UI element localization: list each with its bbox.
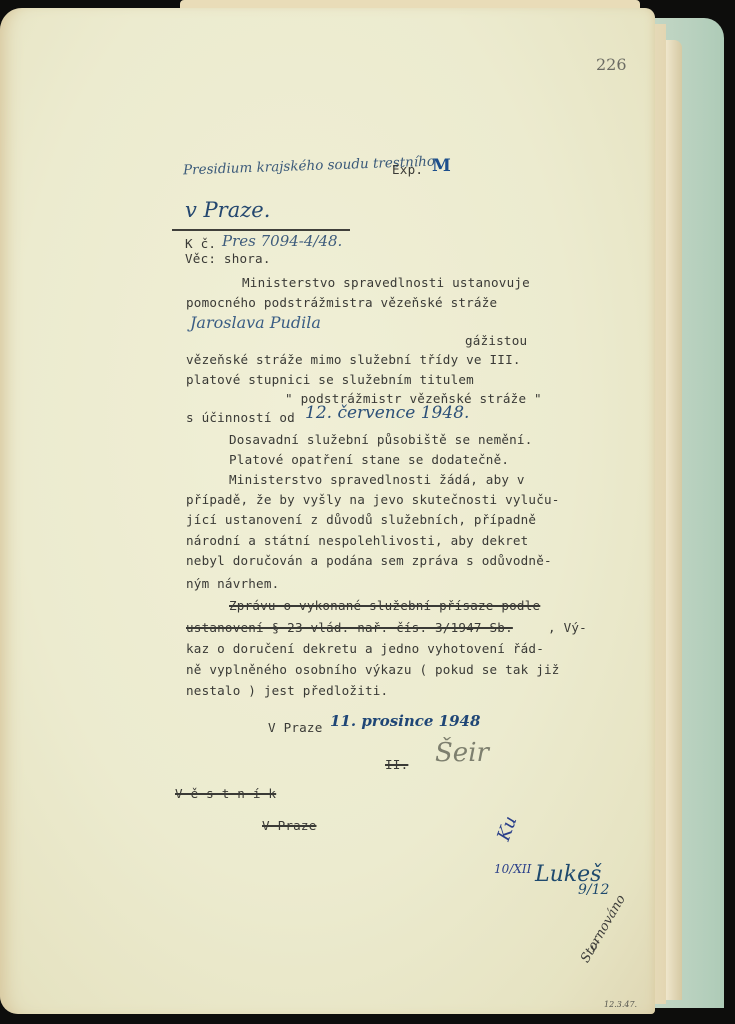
body-line-5: platové stupnici se služebním titulem bbox=[186, 372, 474, 387]
paragraph-5-line-2-rest: , Vý- bbox=[548, 620, 587, 635]
body-line-1: Ministerstvo spravedlnosti ustanovuje bbox=[242, 275, 530, 290]
addressee-line2: v Praze. bbox=[185, 198, 270, 222]
struck-numeral: II. bbox=[385, 757, 408, 772]
address-underline bbox=[172, 229, 350, 231]
reference-number: Pres 7094-4/48. bbox=[222, 232, 342, 250]
official-signature: Šeir bbox=[435, 738, 489, 768]
v-praze-struck: V Praze bbox=[262, 818, 316, 833]
paragraph-5-line-5: nestalo ) jest předložiti. bbox=[186, 683, 388, 698]
paragraph-4-line-2: případě, že by vyšly na jevo skutečnosti… bbox=[186, 492, 560, 507]
effective-date: 12. července 1948. bbox=[305, 403, 469, 423]
paragraph-5-line-4: ně vyplněného osobního výkazu ( pokud se… bbox=[186, 662, 560, 677]
corner-tiny-note: 12.3.47. bbox=[604, 1000, 637, 1009]
reference-prefix: K č. bbox=[185, 236, 216, 251]
paragraph-3: Platové opatření stane se dodatečně. bbox=[229, 452, 509, 467]
appointee-name: Jaroslava Pudila bbox=[190, 313, 321, 332]
second-signature-date: 9/12 bbox=[578, 882, 609, 898]
body-line-4: vězeňské stráže mimo služební třídy ve I… bbox=[186, 352, 521, 367]
closing-date: 11. prosince 1948 bbox=[330, 712, 480, 730]
paragraph-5-line-3: kaz o doručení dekretu a jedno vyhotoven… bbox=[186, 641, 544, 656]
vestnik-struck: V ě s t n í k bbox=[175, 786, 276, 801]
body-line-3-end: gážistou bbox=[465, 333, 527, 348]
body-line-7-prefix: s účinností od bbox=[186, 410, 295, 425]
initial-date: 10/XII bbox=[494, 862, 531, 876]
exp-label: Exp. bbox=[392, 162, 423, 177]
paragraph-4-line-5: nebyl doručován a podána sem zpráva s od… bbox=[186, 553, 552, 568]
paragraph-2: Dosavadní služební působiště se nemění. bbox=[229, 432, 533, 447]
paragraph-5-struck-line-1: Zprávu o vykonané služební přísaze podle bbox=[229, 598, 540, 613]
exp-mark: M bbox=[432, 156, 451, 176]
paragraph-4-line-1: Ministerstvo spravedlnosti žádá, aby v bbox=[229, 472, 525, 487]
page-number: 226 bbox=[596, 55, 627, 74]
subject-line: Věc: shora. bbox=[185, 251, 271, 266]
body-line-2: pomocného podstrážmistra vězeňské stráže bbox=[186, 295, 497, 310]
paragraph-5-struck-line-2: ustanovení § 23 vlád. nař. čís. 3/1947 S… bbox=[186, 620, 513, 635]
paragraph-4-line-4: národní a státní nespolehlivosti, aby de… bbox=[186, 533, 528, 548]
paragraph-4-line-6: ným návrhem. bbox=[186, 576, 279, 591]
paragraph-4-line-3: jící ustanovení z důvodů služebních, pří… bbox=[186, 512, 536, 527]
closing-place: V Praze bbox=[268, 720, 322, 735]
